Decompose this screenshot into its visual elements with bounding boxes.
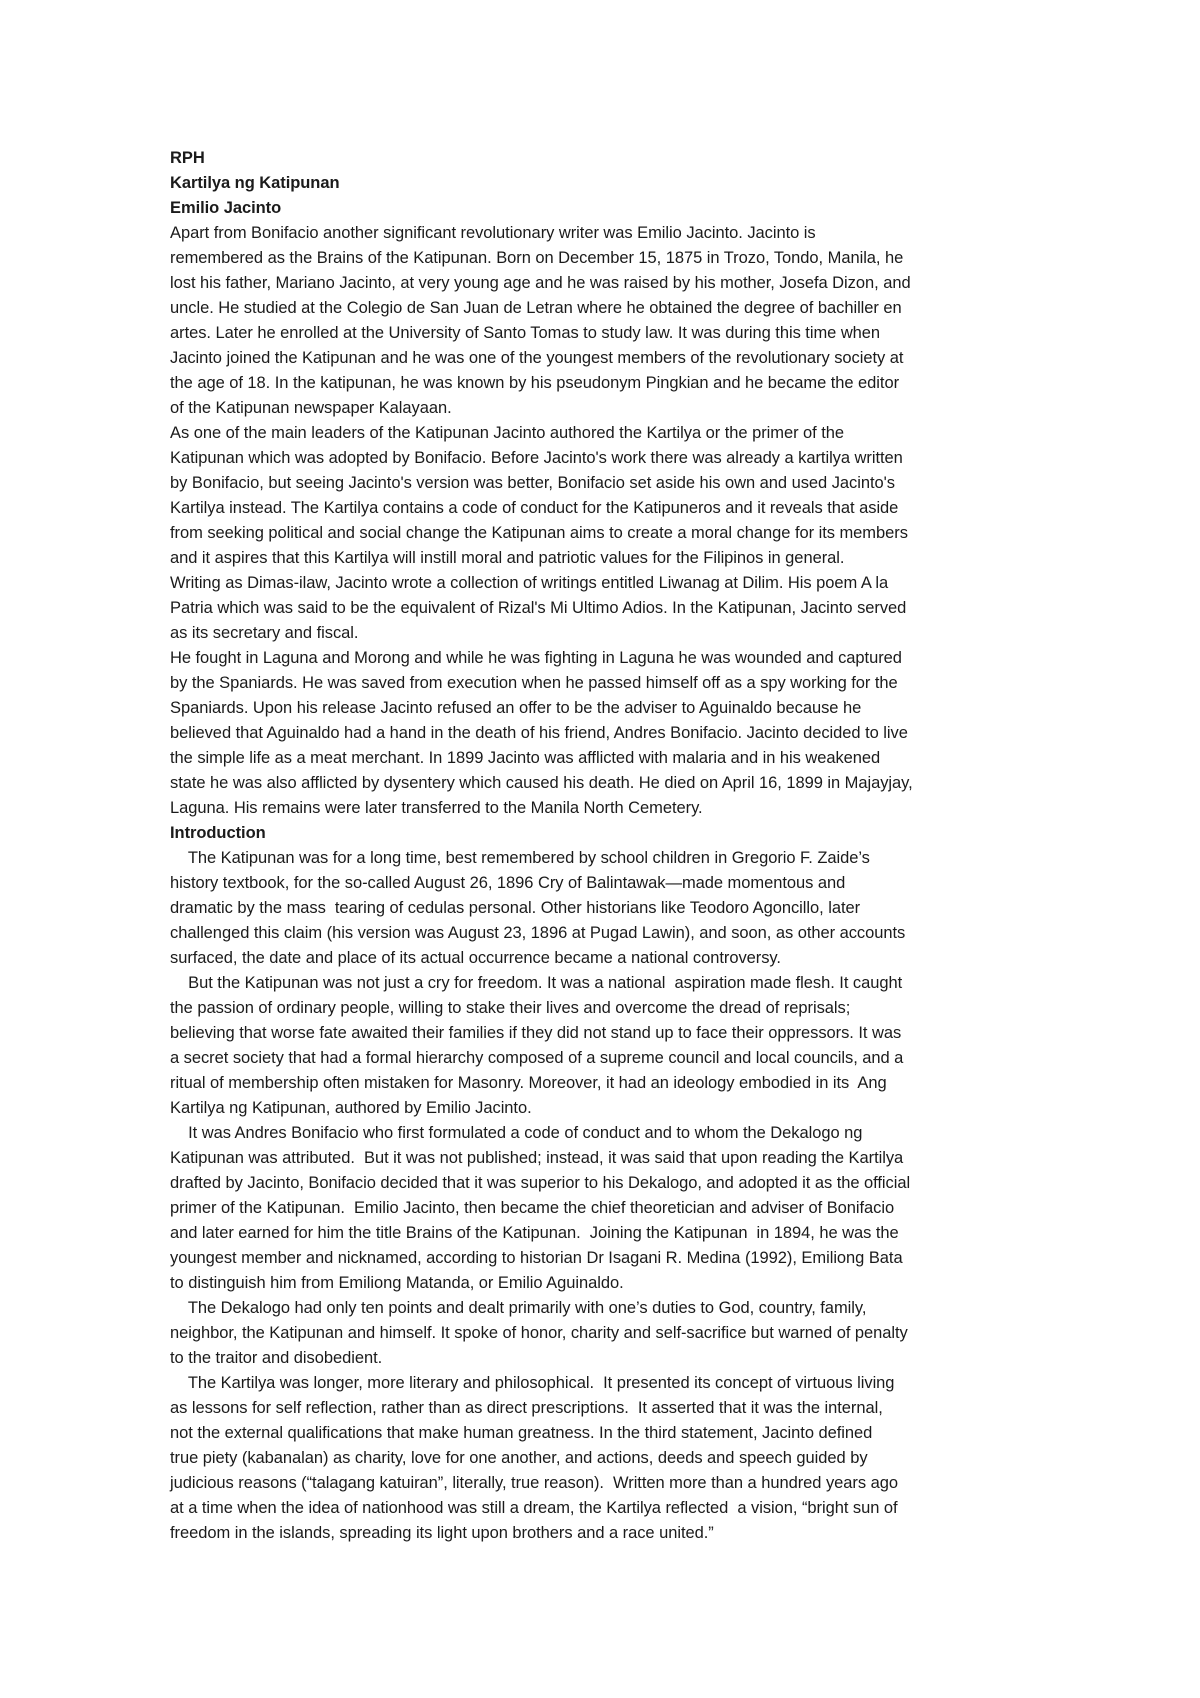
text-line: Laguna. His remains were later transferr… [170,796,1080,821]
text-line: by the Spaniards. He was saved from exec… [170,671,1080,696]
text-line: It was Andres Bonifacio who first formul… [170,1121,1080,1146]
text-line: challenged this claim (his version was A… [170,921,1080,946]
text-line: As one of the main leaders of the Katipu… [170,421,1080,446]
text-line: Apart from Bonifacio another significant… [170,221,1080,246]
text-line: artes. Later he enrolled at the Universi… [170,321,1080,346]
text-line: from seeking political and social change… [170,521,1080,546]
text-line: at a time when the idea of nationhood wa… [170,1496,1080,1521]
text-line: Spaniards. Upon his release Jacinto refu… [170,696,1080,721]
heading-line: Emilio Jacinto [170,196,1080,221]
text-line: lost his father, Mariano Jacinto, at ver… [170,271,1080,296]
text-line: surfaced, the date and place of its actu… [170,946,1080,971]
text-line: the passion of ordinary people, willing … [170,996,1080,1021]
text-line: as lessons for self reflection, rather t… [170,1396,1080,1421]
text-line: Katipunan was attributed. But it was not… [170,1146,1080,1171]
text-line: Patria which was said to be the equivale… [170,596,1080,621]
text-line: Katipunan which was adopted by Bonifacio… [170,446,1080,471]
document-content: RPHKartilya ng KatipunanEmilio JacintoAp… [170,146,1080,1546]
text-line: Jacinto joined the Katipunan and he was … [170,346,1080,371]
document-page: RPHKartilya ng KatipunanEmilio JacintoAp… [0,0,1200,1698]
heading-line: Kartilya ng Katipunan [170,171,1080,196]
text-line: believing that worse fate awaited their … [170,1021,1080,1046]
text-line: neighbor, the Katipunan and himself. It … [170,1321,1080,1346]
text-line: Kartilya ng Katipunan, authored by Emili… [170,1096,1080,1121]
text-line: primer of the Katipunan. Emilio Jacinto,… [170,1196,1080,1221]
text-line: and later earned for him the title Brain… [170,1221,1080,1246]
text-line: ritual of membership often mistaken for … [170,1071,1080,1096]
text-line: to the traitor and disobedient. [170,1346,1080,1371]
heading-line: RPH [170,146,1080,171]
text-line: the age of 18. In the katipunan, he was … [170,371,1080,396]
text-line: Kartilya instead. The Kartilya contains … [170,496,1080,521]
text-line: believed that Aguinaldo had a hand in th… [170,721,1080,746]
text-line: But the Katipunan was not just a cry for… [170,971,1080,996]
text-line: and it aspires that this Kartilya will i… [170,546,1080,571]
text-line: the simple life as a meat merchant. In 1… [170,746,1080,771]
text-line: judicious reasons (“talagang katuiran”, … [170,1471,1080,1496]
text-line: remembered as the Brains of the Katipuna… [170,246,1080,271]
text-line: not the external qualifications that mak… [170,1421,1080,1446]
text-line: of the Katipunan newspaper Kalayaan. [170,396,1080,421]
text-line: He fought in Laguna and Morong and while… [170,646,1080,671]
text-line: Writing as Dimas-ilaw, Jacinto wrote a c… [170,571,1080,596]
text-line: freedom in the islands, spreading its li… [170,1521,1080,1546]
text-line: dramatic by the mass tearing of cedulas … [170,896,1080,921]
text-line: history textbook, for the so-called Augu… [170,871,1080,896]
text-line: The Dekalogo had only ten points and dea… [170,1296,1080,1321]
text-line: The Kartilya was longer, more literary a… [170,1371,1080,1396]
text-line: The Katipunan was for a long time, best … [170,846,1080,871]
text-line: to distinguish him from Emiliong Matanda… [170,1271,1080,1296]
text-line: by Bonifacio, but seeing Jacinto's versi… [170,471,1080,496]
heading-line: Introduction [170,821,1080,846]
text-line: true piety (kabanalan) as charity, love … [170,1446,1080,1471]
text-line: youngest member and nicknamed, according… [170,1246,1080,1271]
text-line: drafted by Jacinto, Bonifacio decided th… [170,1171,1080,1196]
text-line: a secret society that had a formal hiera… [170,1046,1080,1071]
text-line: state he was also afflicted by dysentery… [170,771,1080,796]
text-line: as its secretary and fiscal. [170,621,1080,646]
text-line: uncle. He studied at the Colegio de San … [170,296,1080,321]
